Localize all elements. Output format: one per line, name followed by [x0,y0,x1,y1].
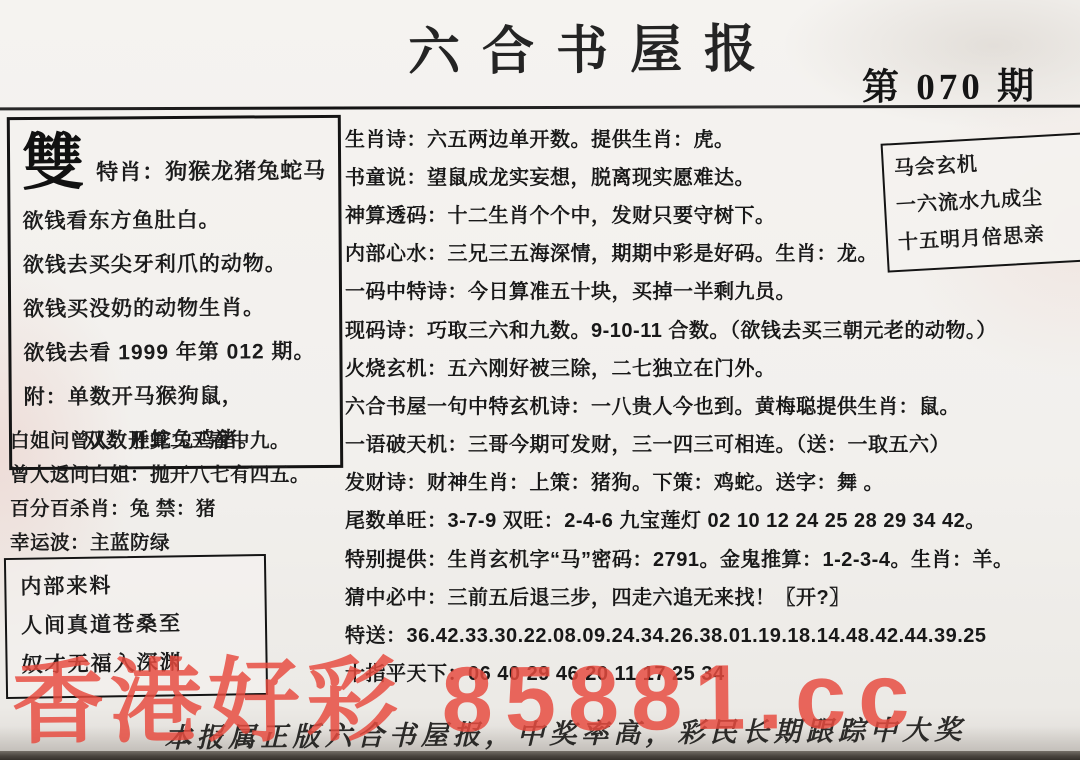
issue-number: 第 070 期 [862,55,1038,110]
watermark-overlay: 香港好彩 85881.cc [12,648,922,752]
insider-line: 人间真道苍桑至 [21,603,254,646]
special-zodiac-box: 雙 特肖：狗猴龙猪兔蛇马 欲钱看东方鱼肚白。 欲钱去买尖牙利爪的动物。 欲钱买没… [7,115,343,470]
watermark-site: 85881.cc [404,645,922,752]
clue-line: 欲钱去买尖牙利爪的动物。 [23,247,329,279]
note-line: 白姐问曾人：胜算二三看中九。 [10,424,340,458]
clue-line: 欲钱去看 1999 年第 012 期。 [23,335,329,367]
clue-line: 欲钱买没奶的动物生肖。 [23,291,329,323]
note-line: 百分百杀肖：兔 禁：猪 [10,492,340,526]
insider-box-title: 内部来料 [20,564,253,607]
main-clue-line: 尾数单旺：3-7-9 双旺：2-4-6 九宝莲灯 02 10 12 24 25 … [345,500,1080,538]
clue-line: 附：单数开马猴狗鼠， [24,379,330,411]
clue-line: 欲钱看东方鱼肚白。 [22,203,328,235]
dropcap-shuang: 雙 [22,128,85,200]
note-line: 曾人返问白姐：抛开八七有四五。 [10,458,340,492]
main-clue-line: 现码诗：巧取三六和九数。9-10-11 合数。（欲钱去买三朝元老的动物。） [345,309,1080,347]
left-notes: 白姐问曾人：胜算二三看中九。 曾人返问白姐：抛开八七有四五。 百分百杀肖：兔 禁… [10,424,340,560]
main-clue-line: 一语破天机：三哥今期可发财，三一四三可相连。（送：一取五六） [345,424,1080,462]
scan-edge-strip [0,751,1080,760]
main-clue-line: 特别提供：生肖玄机字“马”密码：2791。金鬼推算：1-2-3-4。生肖：羊。 [345,538,1080,576]
main-clue-line: 火烧玄机：五六刚好被三除，二七独立在门外。 [345,347,1080,385]
horse-mystery-box: 马会玄机 一六流水九成尘 十五明月倍思亲 [881,132,1080,272]
masthead-title: 六合书屋报 [408,6,779,85]
watermark-brand: 香港好彩 [12,650,405,755]
main-clue-line: 一码中特诗：今日算准五十块，买掉一半剩九员。 [345,271,1080,309]
newspaper-page: 六合书屋报 第 070 期 雙 特肖：狗猴龙猪兔蛇马 欲钱看东方鱼肚白。 欲钱去… [0,0,1080,760]
main-clue-line: 发财诗：财神生肖：上策：猪狗。下策：鸡蛇。送字：舞 。 [345,462,1080,500]
main-clue-line: 猜中必中：三前五后退三步，四走六追无来找！〖开?〗 [345,576,1080,614]
main-clue-line: 六合书屋一句中特玄机诗：一八贵人今也到。黄梅聪提供生肖：鼠。 [345,385,1080,423]
